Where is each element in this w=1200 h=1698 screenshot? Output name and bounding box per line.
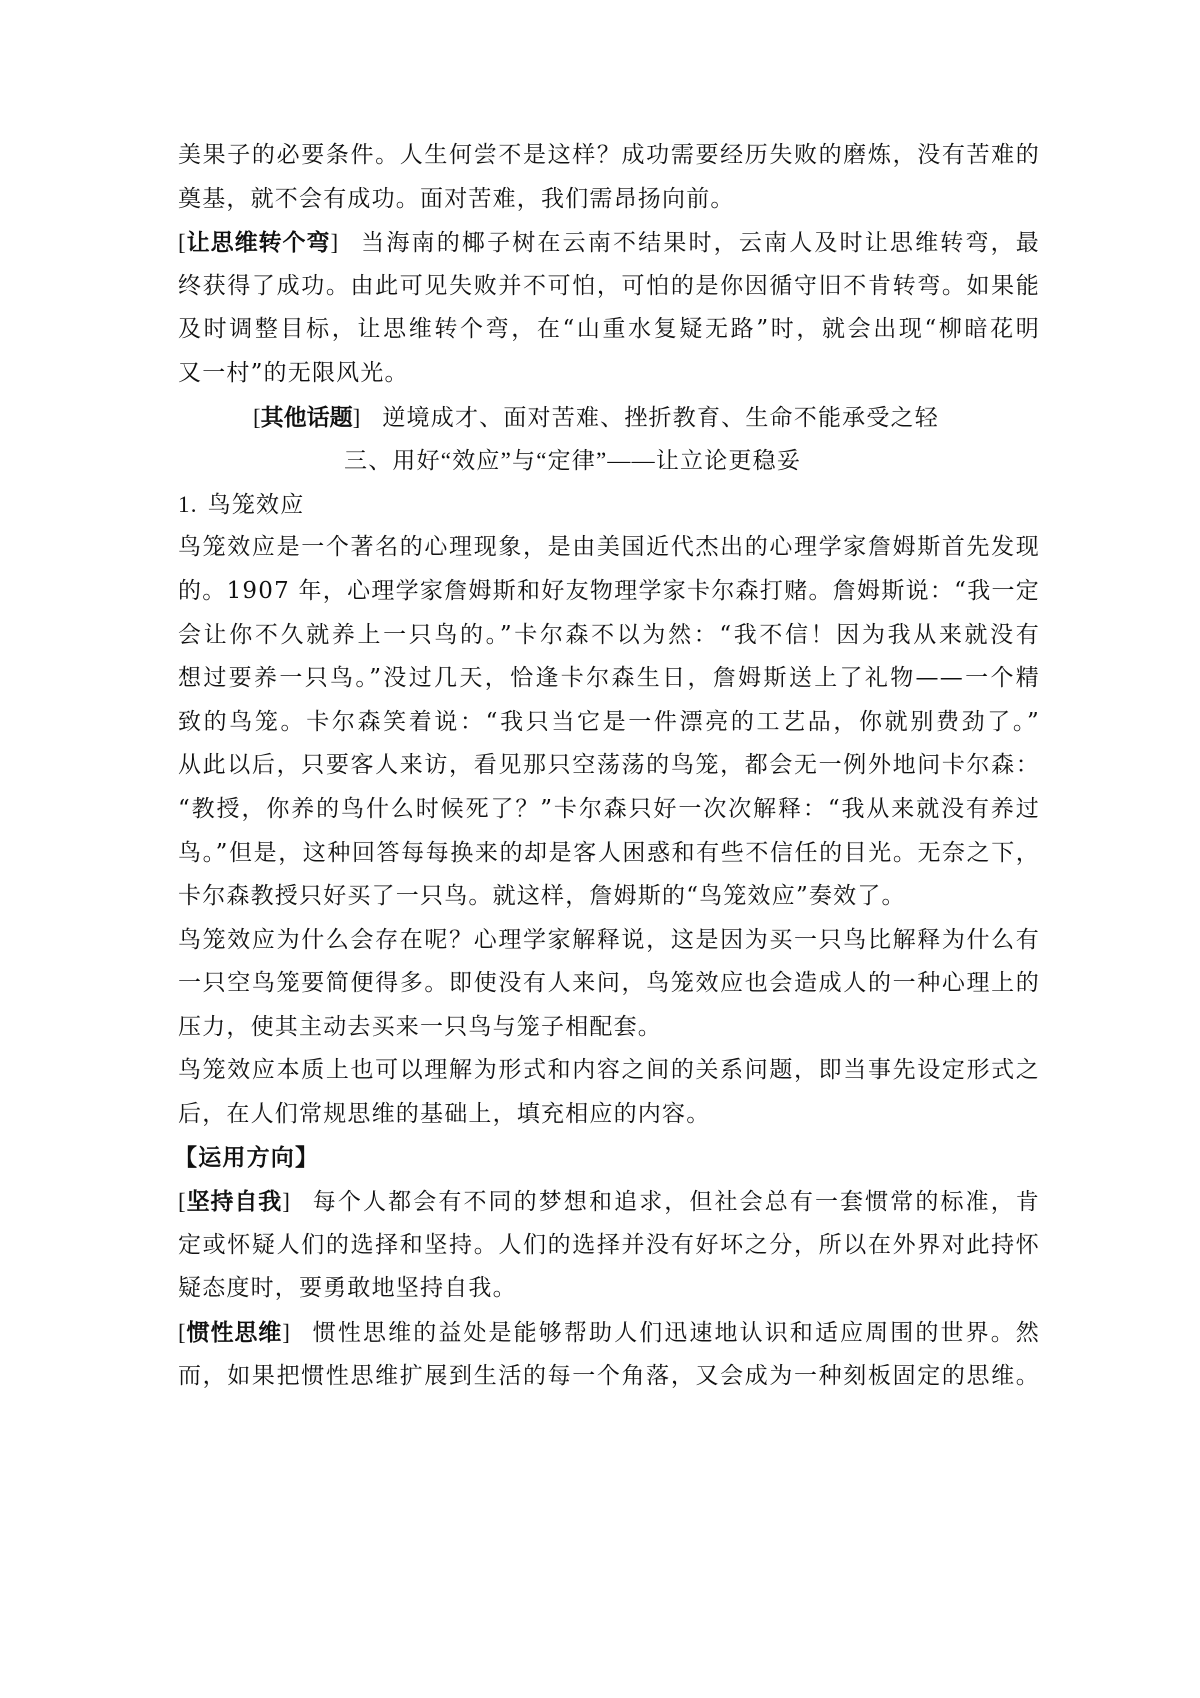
other-topics: [其他话题]逆境成才、面对苦难、挫折教育、生命不能承受之轻: [178, 396, 1040, 440]
body-text-line: 的。1907 年，心理学家詹姆斯和好友物理学家卡尔森打赌。詹姆斯说：“我一定: [178, 570, 1040, 614]
subsection-number: 1.: [178, 492, 198, 517]
body-text-line: 及时调整目标，让思维转个弯，在“山重水复疑无路”时，就会出现“柳暗花明: [178, 308, 1040, 352]
bracket-close: ]: [282, 1189, 290, 1214]
bracket-open: [: [178, 1320, 186, 1345]
body-text-line: 定或怀疑人们的选择和坚持。人们的选择并没有好坏之分，所以在外界对此持怀: [178, 1224, 1040, 1268]
bracket-open: [: [253, 405, 261, 430]
section-title: 三、用好“效应”与“定律”——让立论更稳妥: [178, 439, 1040, 483]
body-text-line: 致的鸟笼。卡尔森笑着说：“我只当它是一件漂亮的工艺品，你就别费劲了。”: [178, 701, 1040, 745]
body-text-line: 奠基，就不会有成功。面对苦难，我们需昂扬向前。: [178, 178, 1040, 222]
body-text-line: 想过要养一只鸟。”没过几天，恰逢卡尔森生日，詹姆斯送上了礼物——一个精: [178, 657, 1040, 701]
body-text-line: 从此以后，只要客人来访，看见那只空荡荡的鸟笼，都会无一例外地问卡尔森：: [178, 744, 1040, 788]
topic-tag-label: 坚持自我: [186, 1189, 283, 1215]
body-text-line: 终获得了成功。由此可见失败并不可怕，可怕的是你因循守旧不肯转弯。如果能: [178, 265, 1040, 309]
body-text-line: 鸟笼效应本质上也可以理解为形式和内容之间的关系问题，即当事先设定形式之: [178, 1049, 1040, 1093]
topic-tag-label: 惯性思维: [186, 1320, 283, 1346]
body-text-line: 鸟笼效应是一个著名的心理现象，是由美国近代杰出的心理学家詹姆斯首先发现: [178, 526, 1040, 570]
bracket-open: [: [178, 1189, 186, 1214]
bracket-close: ]: [282, 1320, 290, 1345]
body-text-line: 当海南的椰子树在云南不结果时，云南人及时让思维转弯，最: [360, 230, 1040, 256]
topic-tag-label: 其他话题: [261, 405, 353, 431]
body-text-line: 惯性思维的益处是能够帮助人们迅速地认识和适应周围的世界。然: [312, 1320, 1040, 1346]
topic-paragraph-twist-thinking: [让思维转个弯]当海南的椰子树在云南不结果时，云南人及时让思维转弯，最: [178, 221, 1040, 265]
body-text-line: 美果子的必要条件。人生何尝不是这样？成功需要经历失败的磨炼，没有苦难的: [178, 134, 1040, 178]
other-topics-text: 逆境成才、面对苦难、挫折教育、生命不能承受之轻: [382, 405, 939, 431]
subsection-title: 鸟笼效应: [208, 492, 305, 518]
document-page: 美果子的必要条件。人生何尝不是这样？成功需要经历失败的磨炼，没有苦难的 奠基，就…: [178, 134, 1040, 1398]
body-text-line: 鸟。”但是，这种回答每每换来的却是客人困惑和有些不信任的目光。无奈之下，: [178, 832, 1040, 876]
topic-tag: [其他话题]: [253, 405, 360, 431]
body-text-line: 鸟笼效应为什么会存在呢？心理学家解释说，这是因为买一只鸟比解释为什么有: [178, 919, 1040, 963]
body-text-line: 而，如果把惯性思维扩展到生活的每一个角落，又会成为一种刻板固定的思维。: [178, 1355, 1040, 1399]
topic-tag: [坚持自我]: [178, 1189, 290, 1215]
topic-tag: [让思维转个弯]: [178, 230, 338, 256]
topic-tag: [惯性思维]: [178, 1320, 290, 1346]
topic-paragraph-inertial-thinking: [惯性思维]惯性思维的益处是能够帮助人们迅速地认识和适应周围的世界。然: [178, 1311, 1040, 1355]
body-text-line: “教授，你养的鸟什么时候死了？”卡尔森只好一次次解释：“我从来就没有养过: [178, 788, 1040, 832]
body-text-line: 又一村”的无限风光。: [178, 352, 1040, 396]
body-text-line: 会让你不久就养上一只鸟的。”卡尔森不以为然：“我不信！因为我从来就没有: [178, 614, 1040, 658]
body-text-line: 卡尔森教授只好买了一只鸟。就这样，詹姆斯的“鸟笼效应”奏效了。: [178, 875, 1040, 919]
bracket-close: ]: [353, 405, 361, 430]
topic-tag-label: 让思维转个弯: [186, 230, 331, 256]
body-text-line: 压力，使其主动去买来一只鸟与笼子相配套。: [178, 1006, 1040, 1050]
application-heading: 【运用方向】: [174, 1137, 1040, 1181]
body-text-line: 疑态度时，要勇敢地坚持自我。: [178, 1267, 1040, 1311]
bracket-close: ]: [331, 230, 339, 255]
body-text-line: 后，在人们常规思维的基础上，填充相应的内容。: [178, 1093, 1040, 1137]
topic-paragraph-insist-self: [坚持自我]每个人都会有不同的梦想和追求，但社会总有一套惯常的标准，肯: [178, 1180, 1040, 1224]
body-text-line: 每个人都会有不同的梦想和追求，但社会总有一套惯常的标准，肯: [312, 1189, 1040, 1215]
subsection-heading: 1.鸟笼效应: [178, 483, 1040, 527]
bracket-open: [: [178, 230, 186, 255]
body-text-line: 一只空鸟笼要简便得多。即使没有人来问，鸟笼效应也会造成人的一种心理上的: [178, 962, 1040, 1006]
